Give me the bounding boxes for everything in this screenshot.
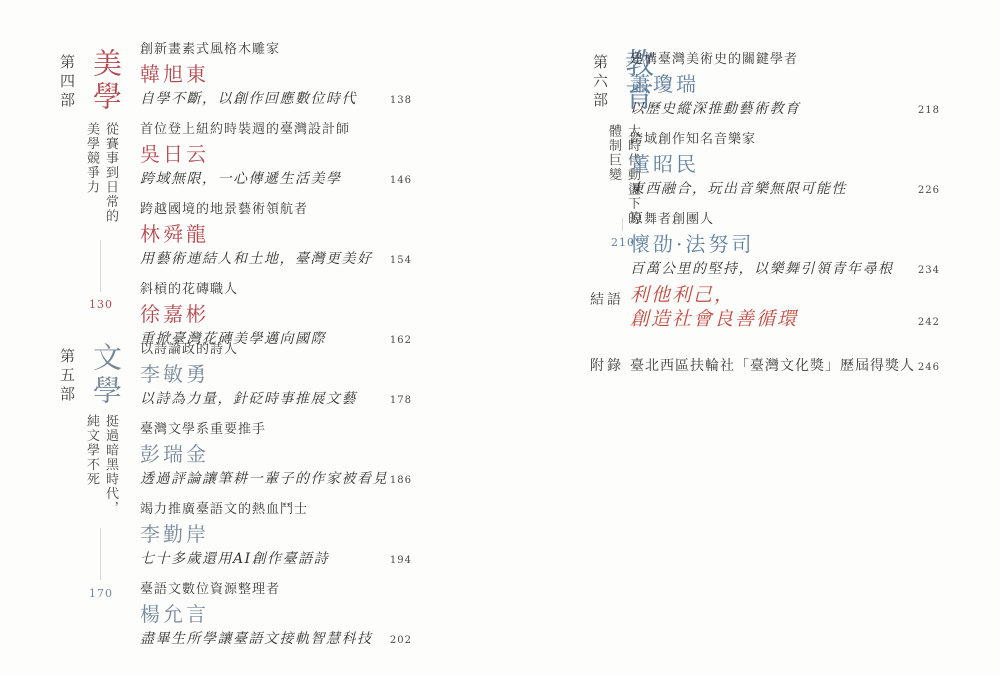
- entry-title: 建構臺灣美術史的關鍵學者: [630, 52, 940, 68]
- entry-desc: 以詩為力量，針砭時事推展文藝: [140, 390, 357, 409]
- part5-divider-rule: [100, 528, 101, 580]
- entry-title: 竭力推廣臺語文的熱血鬥士: [140, 502, 412, 518]
- entry-title: 原舞者創團人: [630, 212, 940, 228]
- appendix-label: 附錄: [590, 355, 624, 375]
- entry-desc: 透過評論讓筆耕一輩子的作家被看見: [140, 470, 388, 489]
- entry-title: 斜槓的花磚職人: [140, 282, 412, 298]
- entry-page: 218: [918, 105, 940, 116]
- entry-name: 李勤岸: [140, 522, 412, 546]
- entry-title: 臺灣文學系重要推手: [140, 422, 412, 438]
- entry-name: 李敏勇: [140, 362, 412, 386]
- entry-page: 178: [390, 395, 412, 406]
- entry-title: 臺語文數位資源整理者: [140, 582, 412, 598]
- part5-entries: 以詩論政的詩人 李敏勇 以詩為力量，針砭時事推展文藝 178 臺灣文學系重要推手…: [140, 342, 412, 662]
- entry-title: 首位登上紐約時裝週的臺灣設計師: [140, 122, 412, 138]
- entry-name: 徐嘉彬: [140, 302, 412, 326]
- entry-name: 懷劭·法努司: [630, 232, 940, 256]
- entry-page: 138: [390, 95, 412, 106]
- entry-desc: 七十多歲還用AI創作臺語詩: [140, 550, 329, 569]
- entry-page: 194: [390, 555, 412, 566]
- toc-entry: 竭力推廣臺語文的熱血鬥士 李勤岸 七十多歲還用AI創作臺語詩 194: [140, 502, 412, 569]
- part5-label: 第五部: [57, 348, 78, 405]
- entry-name: 彭瑞金: [140, 442, 412, 466]
- entry-title: 跨域創作知名音樂家: [630, 132, 940, 148]
- toc-entry: 斜槓的花磚職人 徐嘉彬 重掀臺灣花磚美學邁向國際 162: [140, 282, 412, 349]
- entry-title: 跨越國境的地景藝術領航者: [140, 202, 412, 218]
- part5-section-subtitle: 挺過暗黑時代，純文學不死: [82, 414, 120, 518]
- epilogue-title-line1: 利他利己，: [630, 283, 940, 307]
- part4-section-subtitle: 從賽事到日常的美學競爭力: [82, 122, 120, 226]
- part4-entries: 創新畫素式風格木雕家 韓旭東 自學不斷，以創作回應數位時代 138 首位登上紐約…: [140, 42, 412, 362]
- epilogue-page: 242: [918, 317, 940, 328]
- entry-title: 以詩論政的詩人: [140, 342, 412, 358]
- entry-desc: 盡畢生所學讓臺語文接軌智慧科技: [140, 630, 373, 649]
- toc-entry: 跨域創作知名音樂家 董昭民 東西融合，玩出音樂無限可能性 226: [630, 132, 940, 199]
- epilogue-title-line2: 創造社會良善循環: [630, 307, 798, 331]
- toc-entry: 首位登上紐約時裝週的臺灣設計師 吳日云 跨域無限，一心傳遞生活美學 146: [140, 122, 412, 189]
- part6-divider-rule: [622, 218, 623, 231]
- entry-page: 226: [918, 185, 940, 196]
- part4-section-title: 美學: [86, 48, 127, 114]
- toc-entry: 原舞者創團人 懷劭·法努司 百萬公里的堅持，以樂舞引領青年尋根 234: [630, 212, 940, 279]
- toc-entry: 臺語文數位資源整理者 楊允言 盡畢生所學讓臺語文接軌智慧科技 202: [140, 582, 412, 649]
- appendix-block: 臺北西區扶輪社「臺灣文化獎」歷屆得獎人 246: [630, 355, 940, 375]
- entry-desc: 以歷史縱深推動藝術教育: [630, 100, 801, 119]
- part4-label: 第四部: [57, 54, 78, 111]
- entry-page: 154: [390, 255, 412, 266]
- epilogue-block: 利他利己， 創造社會良善循環 242: [630, 283, 940, 331]
- entry-page: 146: [390, 175, 412, 186]
- entry-name: 林舜龍: [140, 222, 412, 246]
- entry-page: 234: [918, 265, 940, 276]
- toc-entry: 臺灣文學系重要推手 彭瑞金 透過評論讓筆耕一輩子的作家被看見 186: [140, 422, 412, 489]
- toc-entry: 創新畫素式風格木雕家 韓旭東 自學不斷，以創作回應數位時代 138: [140, 42, 412, 109]
- entry-name: 董昭民: [630, 152, 940, 176]
- toc-entry: 以詩論政的詩人 李敏勇 以詩為力量，針砭時事推展文藝 178: [140, 342, 412, 409]
- part4-divider-rule: [100, 240, 101, 292]
- entry-desc: 用藝術連結人和土地，臺灣更美好: [140, 250, 373, 269]
- part6-label: 第六部: [590, 54, 611, 111]
- entry-desc: 百萬公里的堅持，以樂舞引領青年尋根: [630, 260, 894, 279]
- entry-desc: 東西融合，玩出音樂無限可能性: [630, 180, 847, 199]
- part4-start-page: 130: [82, 298, 120, 311]
- appendix-title: 臺北西區扶輪社「臺灣文化獎」歷屆得獎人: [630, 355, 915, 375]
- entry-title: 創新畫素式風格木雕家: [140, 42, 412, 58]
- part6-entries: 建構臺灣美術史的關鍵學者 蕭瓊瑞 以歷史縱深推動藝術教育 218 跨域創作知名音…: [630, 52, 940, 292]
- entry-page: 186: [390, 475, 412, 486]
- entry-desc: 自學不斷，以創作回應數位時代: [140, 90, 357, 109]
- entry-name: 韓旭東: [140, 62, 412, 86]
- part5-section-title: 文學: [86, 342, 127, 408]
- entry-name: 楊允言: [140, 602, 412, 626]
- entry-page: 202: [390, 635, 412, 646]
- appendix-page: 246: [918, 362, 940, 373]
- part5-start-page: 170: [82, 587, 120, 600]
- toc-entry: 跨越國境的地景藝術領航者 林舜龍 用藝術連結人和土地，臺灣更美好 154: [140, 202, 412, 269]
- toc-spread: 第四部 美學 從賽事到日常的美學競爭力 130 創新畫素式風格木雕家 韓旭東 自…: [0, 0, 1000, 676]
- entry-name: 吳日云: [140, 142, 412, 166]
- toc-entry: 建構臺灣美術史的關鍵學者 蕭瓊瑞 以歷史縱深推動藝術教育 218: [630, 52, 940, 119]
- entry-name: 蕭瓊瑞: [630, 72, 940, 96]
- entry-desc: 跨域無限，一心傳遞生活美學: [140, 170, 342, 189]
- epilogue-label: 結語: [590, 289, 624, 309]
